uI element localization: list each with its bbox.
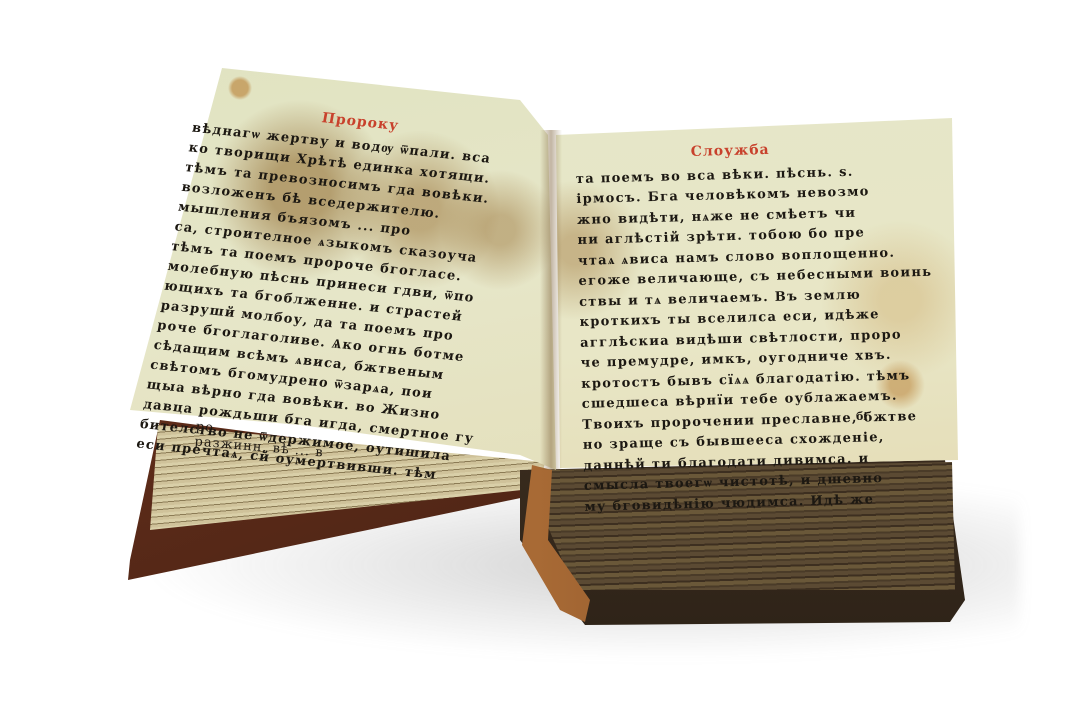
book-gutter <box>540 130 562 470</box>
left-page-text: Пророку вѣднагѡ жертву и водѹ ѿпали. вса… <box>135 95 527 489</box>
page-folio-number: бі <box>856 410 868 423</box>
right-page-text: Слоужба та поемъ во вса вѣки. пѣснь. ѕ. … <box>575 137 895 518</box>
book-photo: ро разжинн, вѣ ... в Пророку вѣднагѡ жер… <box>0 0 1072 712</box>
